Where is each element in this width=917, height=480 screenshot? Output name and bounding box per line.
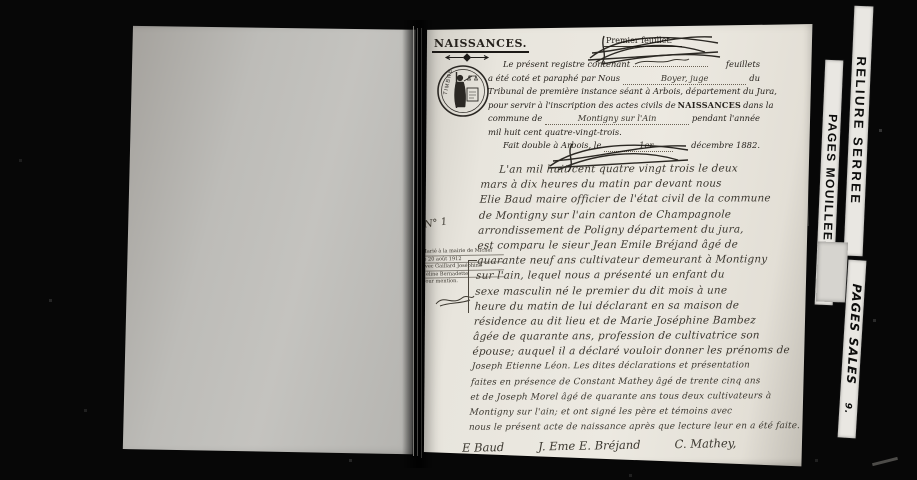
act-line: L'an mil huit cent quatre vingt trois le… bbox=[481, 161, 782, 178]
signature-mayor: E Baud bbox=[462, 440, 504, 455]
act-line: mars à dix heures du matin par devant no… bbox=[480, 176, 781, 193]
form-handwritten-fill: Montigny sur l'Ain bbox=[545, 113, 688, 125]
act-line: et de Joseph Morel âgé de quarante ans t… bbox=[470, 389, 771, 406]
page-title: NAISSANCES. bbox=[432, 37, 529, 53]
condition-label-reliure-serree: RELIURE SERREE bbox=[844, 6, 874, 257]
form-print-bold: NAISSANCES bbox=[676, 99, 743, 113]
form-print-text: Le présent registre contenant bbox=[488, 58, 630, 72]
act-line: nous le présent acte de naissance après … bbox=[469, 419, 770, 436]
act-line: faites en présence de Constant Mathey âg… bbox=[471, 374, 772, 391]
scan-smudge bbox=[872, 457, 898, 466]
act-line: Elie Baud maire officier de l'état civil… bbox=[479, 192, 780, 209]
act-line: sexe masculin né le premier du dit mois … bbox=[475, 283, 776, 300]
form-line: pour servir à l'inscription des actes ci… bbox=[488, 99, 760, 113]
form-blank-fill bbox=[633, 56, 708, 67]
form-line: a été coté et paraphé par Nous Boyer, ju… bbox=[488, 72, 760, 86]
form-print-text: commune de bbox=[488, 112, 542, 126]
birth-register-page: NAISSANCES. bbox=[420, 20, 814, 470]
signature-father: J. Eme E. Bréjand bbox=[538, 438, 641, 454]
act-line: résidence au dit lieu et de Marie Joséph… bbox=[474, 313, 775, 330]
form-line: Le présent registre contenant feuillets bbox=[488, 56, 760, 72]
form-print-text: pour servir à l'inscription des actes ci… bbox=[488, 99, 676, 113]
signature-witness: C. Mathey, bbox=[674, 436, 736, 451]
act-line: quarante neuf ans cultivateur demeurant … bbox=[476, 252, 777, 269]
left-blank-page bbox=[118, 22, 418, 456]
form-line: Tribunal de première instance séant à Ar… bbox=[488, 85, 760, 99]
act-line: Joseph Etienne Léon. Les dites déclarati… bbox=[471, 359, 772, 376]
act-number: N° 1 bbox=[423, 216, 448, 230]
form-handwritten-fill: Boyer, juge bbox=[623, 73, 746, 85]
archive-scan-viewport: NAISSANCES. bbox=[0, 0, 917, 480]
act-line: sur l'ain, lequel nous a présenté un enf… bbox=[476, 268, 777, 285]
divider-ornament-icon bbox=[444, 53, 490, 62]
birth-act-text: L'an mil huit cent quatre vingt trois le… bbox=[469, 161, 782, 436]
form-print-text: du bbox=[749, 72, 760, 86]
form-print-text: feuillets bbox=[711, 58, 760, 72]
form-print-text: dans la bbox=[743, 99, 773, 113]
page-stack-edge bbox=[421, 28, 422, 458]
page-stack-edge bbox=[417, 28, 418, 456]
form-print-text: pendant l'année bbox=[692, 112, 760, 126]
act-line: heure du matin de lui déclarant en sa ma… bbox=[474, 298, 775, 315]
act-line: est comparu le sieur Jean Emile Bréjand … bbox=[477, 237, 778, 254]
condition-label-text: RELIURE SERREE bbox=[844, 6, 874, 257]
form-line: commune de Montigny sur l'Ain pendant l'… bbox=[488, 112, 760, 126]
timbre-stamp-icon: TIMBRE bbox=[436, 64, 490, 118]
act-line: Montigny sur l'ain; et ont signé les pèr… bbox=[469, 404, 770, 421]
act-line: épouse; auquel il a déclaré vouloir donn… bbox=[472, 343, 773, 360]
act-line: de Montigny sur l'ain canton de Champagn… bbox=[479, 207, 780, 224]
form-print-text: a été coté et paraphé par Nous bbox=[488, 72, 620, 86]
signatures-row: E Baud J. Eme E. Bréjand C. Mathey, bbox=[462, 435, 782, 455]
label-strip-end bbox=[816, 241, 848, 302]
page-stack-edge bbox=[413, 26, 414, 456]
svg-text:TIMBRE: TIMBRE bbox=[443, 68, 454, 95]
condition-label-note: 9. bbox=[842, 402, 853, 414]
form-print-text: Tribunal de première instance séant à Ar… bbox=[488, 85, 777, 99]
act-line: âgée de quarante ans, profession de cult… bbox=[473, 328, 774, 345]
act-line: arrondissement de Poligny département du… bbox=[478, 222, 779, 239]
